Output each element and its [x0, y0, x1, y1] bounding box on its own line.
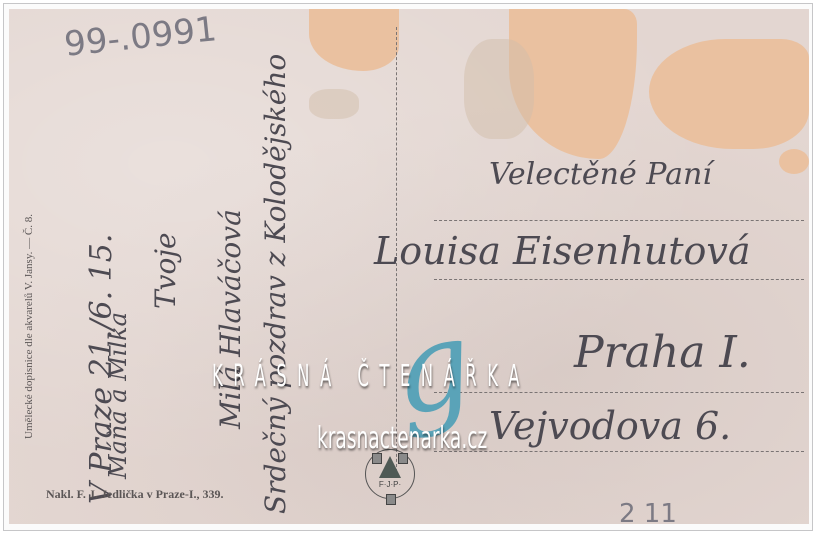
peeled-paper-patch [649, 39, 809, 149]
handwritten-signature: Máňa a Milka [104, 312, 132, 479]
logo-letters: F·J·P· [379, 480, 401, 489]
postcard-back: 99-.0991 Umělecké dopisnice dle akvarelů… [9, 9, 809, 524]
handwritten-greeting: Srdečný pozdrav z Kolodějského [259, 54, 292, 514]
peeled-paper-patch [309, 9, 399, 71]
watermark-url[interactable]: krasnactenarka.cz [317, 421, 487, 456]
logo-box [386, 494, 396, 505]
address-name: Louisa Eisenhutová [374, 229, 751, 273]
address-line [434, 220, 804, 221]
publisher-imprint: Nakl. F. J. Jedlička v Praze-I., 339. [46, 487, 224, 502]
handwritten-greeting: Milá Hlaváčová [214, 209, 247, 429]
publisher-logo: F·J·P· [365, 449, 415, 499]
vertical-caption: Umělecké dopisnice dle akvarelů V. Jansy… [23, 214, 35, 439]
pencil-catalog-number: 99-.0991 [62, 9, 218, 65]
paper-stain [309, 89, 359, 119]
address-city: Praha I. [574, 327, 751, 378]
address-salutation: Velectěné Paní [489, 157, 712, 192]
watermark-title: KRÁSNÁ ČTENÁŘKA [212, 359, 530, 394]
pencil-number-bottom: 2 11 [619, 499, 677, 524]
handwritten-signature: Tvoje [149, 232, 182, 309]
address-street: Vejvodova 6. [489, 404, 731, 448]
peeled-paper-patch [779, 149, 809, 174]
address-line [434, 279, 804, 280]
address-line [434, 451, 804, 452]
paper-stain [464, 39, 534, 139]
